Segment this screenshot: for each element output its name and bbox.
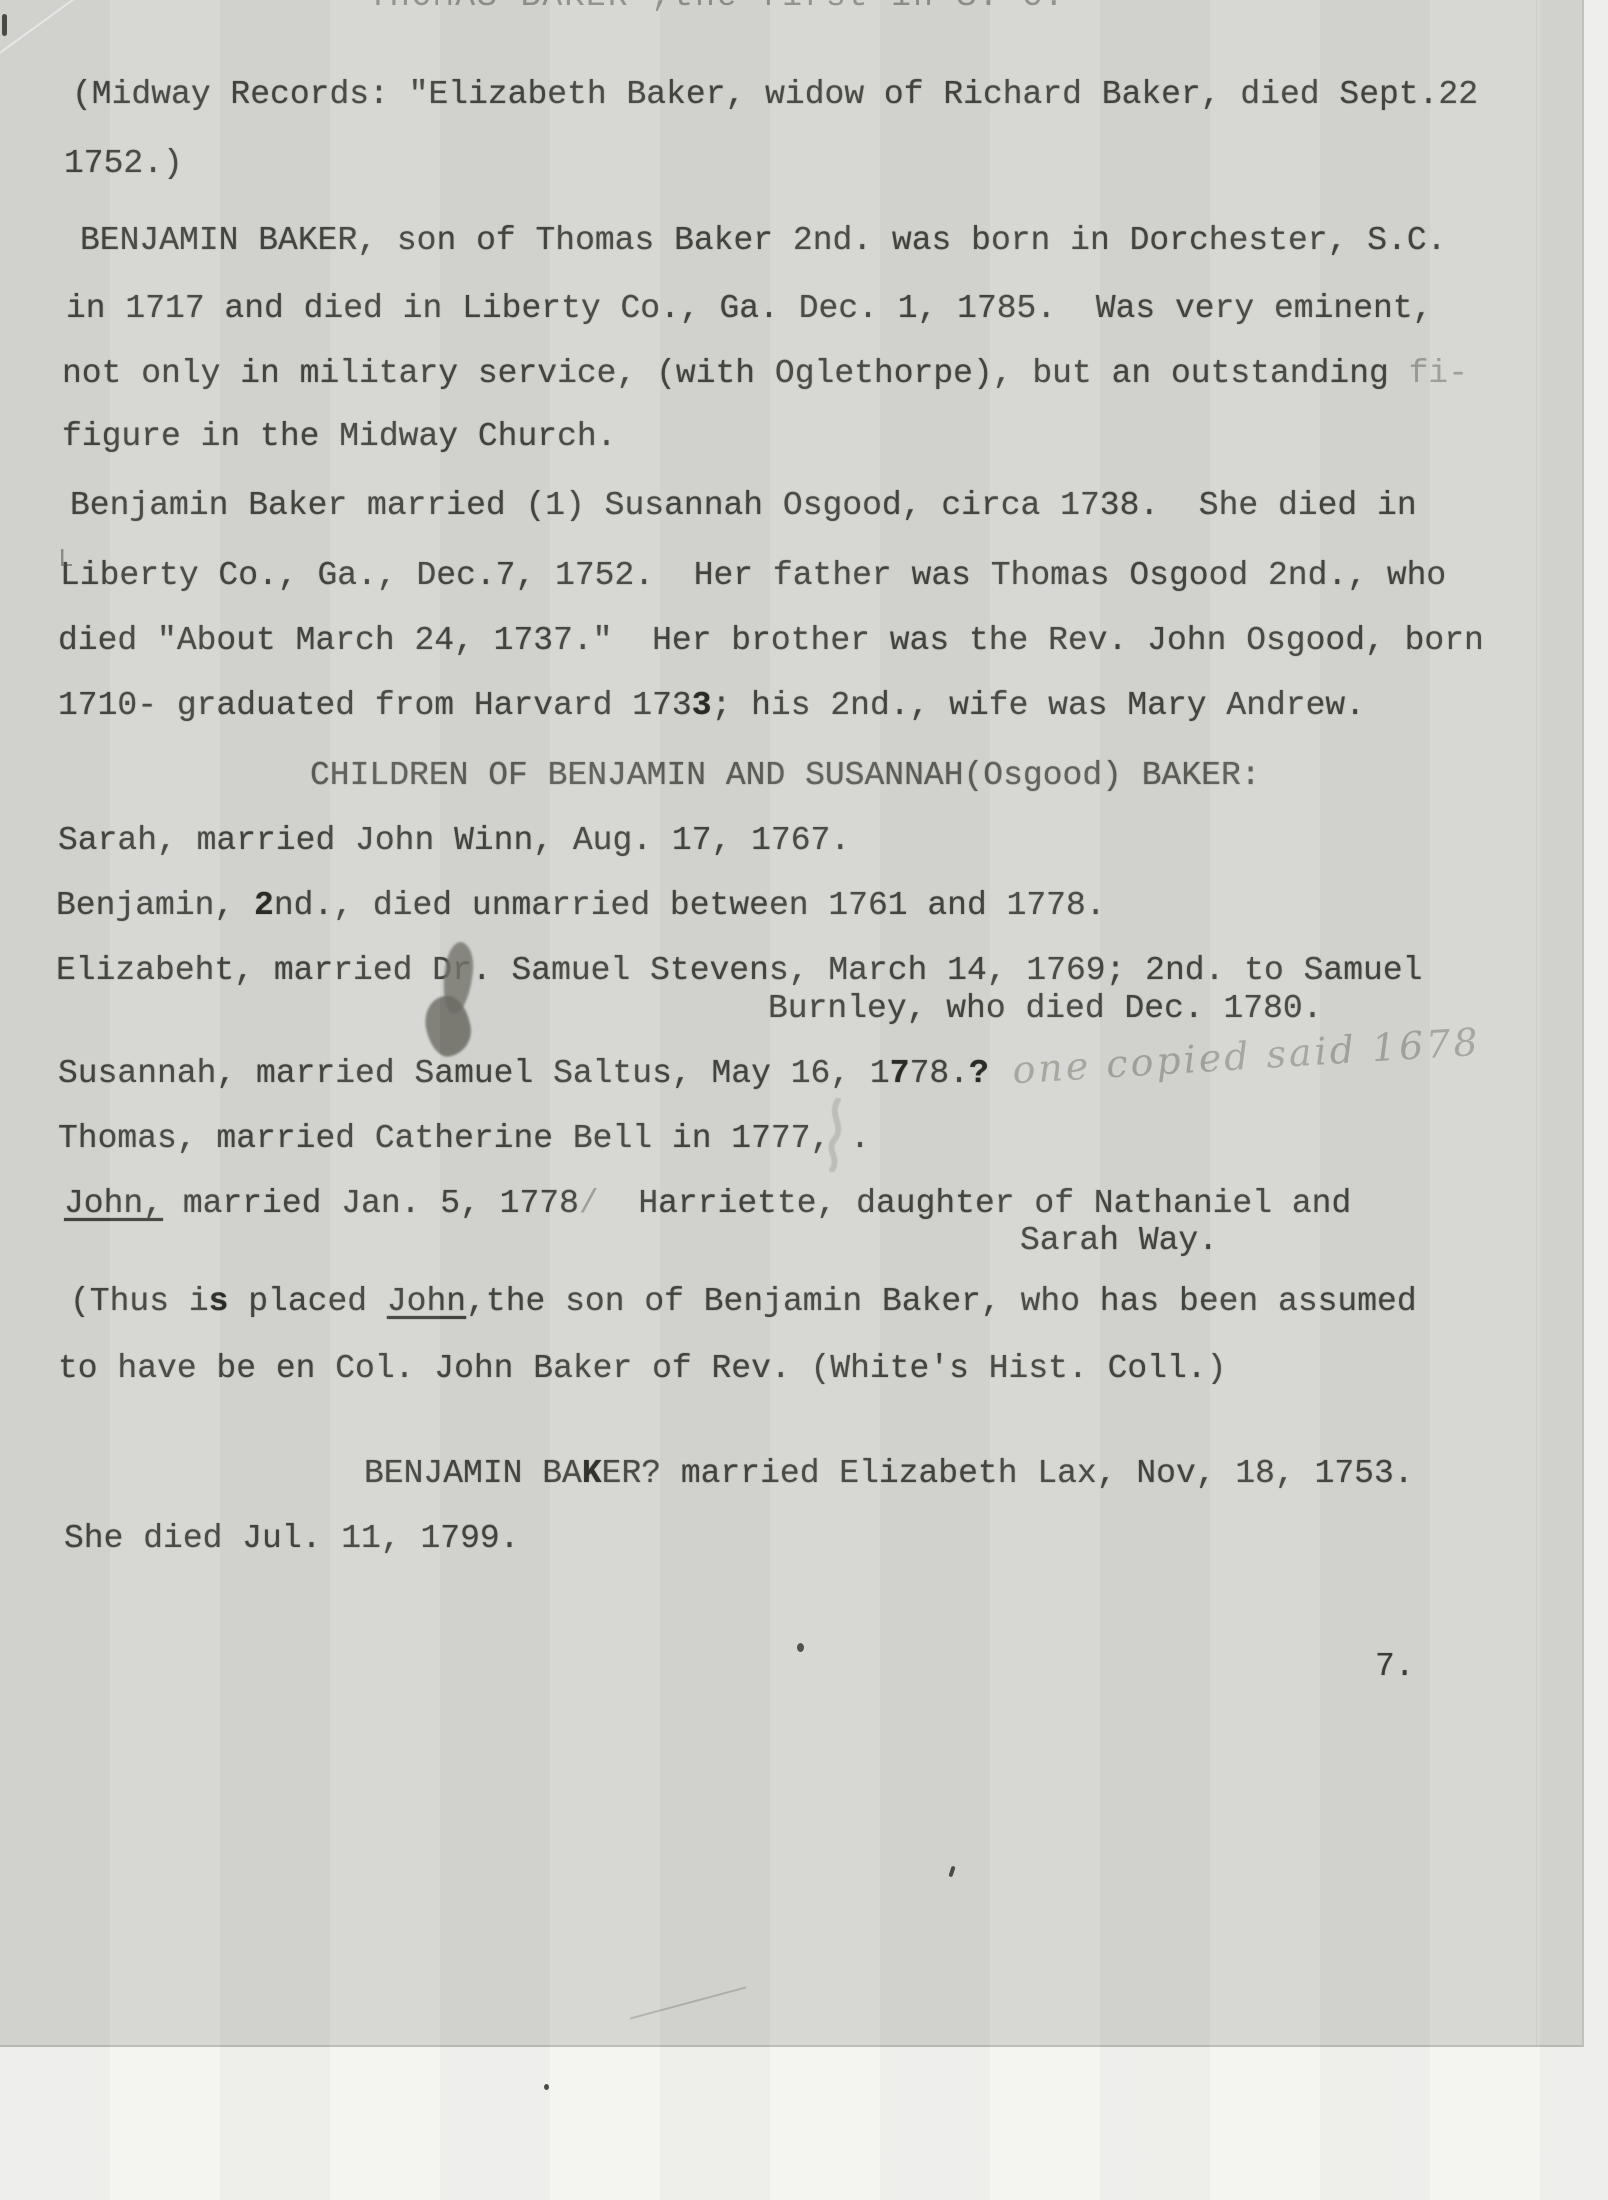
line-text: Sarah Way.: [1020, 1222, 1218, 1259]
line-text: Harriette, daughter of Nathaniel and: [599, 1185, 1352, 1222]
line-text: Benjamin Baker married (1) Susannah Osgo…: [70, 487, 1417, 524]
typed-line-elizabeht: Elizabeht, married Dr. Samuel Stevens, M…: [56, 952, 1422, 990]
paper-speck: [948, 1866, 955, 1878]
typed-line-midway-church: figure in the Midway Church.: [62, 418, 617, 456]
paper-edge-line: [1536, 0, 1537, 2045]
typed-line-born-died: in 1717 and died in Liberty Co., Ga. Dec…: [66, 290, 1432, 328]
overstruck-character: 3: [692, 687, 712, 724]
paper-sheet: THOMAS BAKER ,the first in S. C. (Midway…: [0, 0, 1584, 2047]
line-text-faint: fi-: [1409, 355, 1468, 392]
typed-line-married-susannah: Benjamin Baker married (1) Susannah Osgo…: [70, 487, 1417, 525]
paper-speck: [2, 14, 7, 36]
line-text: (Thus i: [70, 1283, 209, 1320]
line-text: BENJAMIN BAKER, son of Thomas Baker 2nd.…: [80, 222, 1446, 259]
line-text: BENJAMIN BA: [364, 1455, 582, 1492]
line-text: Benjamin,: [56, 887, 254, 924]
typed-line-liberty-co: Liberty Co., Ga., Dec.7, 1752. Her fathe…: [60, 557, 1446, 595]
line-text: Thomas, married Catherine Bell in 1777,: [58, 1120, 830, 1157]
ink-smudge: [822, 1098, 852, 1172]
paper-speck: [544, 2084, 549, 2090]
line-text: ; his 2nd., wife was Mary Andrew.: [712, 687, 1366, 724]
line-text: CHILDREN OF BENJAMIN AND SUSANNAH(Osgood…: [310, 757, 1261, 794]
paper-crease-bottom: [630, 1987, 746, 2020]
typed-line-midway-records: (Midway Records: "Elizabeth Baker, widow…: [72, 76, 1478, 114]
typed-line-benjamin-baker-intro: BENJAMIN BAKER, son of Thomas Baker 2nd.…: [80, 222, 1446, 260]
line-text: died "About March 24, 1737." Her brother…: [58, 622, 1484, 659]
overstruck-character: 2: [254, 887, 274, 924]
line-text: placed: [228, 1283, 386, 1320]
underlined-name: John: [387, 1283, 466, 1320]
overstruck-character: s: [209, 1283, 229, 1320]
paper-speck: [797, 1643, 804, 1652]
typed-line-died-about: died "About March 24, 1737." Her brother…: [58, 622, 1484, 660]
typed-line-sarah: Sarah, married John Winn, Aug. 17, 1767.: [58, 822, 850, 860]
paper-crease: [0, 0, 75, 56]
line-text: in 1717 and died in Liberty Co., Ga. Dec…: [66, 290, 1432, 327]
typed-line-burnley: Burnley, who died Dec. 1780.: [768, 990, 1323, 1028]
line-text: Liberty Co., Ga., Dec.7, 1752. Her fathe…: [60, 557, 1446, 594]
line-text: married Jan. 5, 1778: [163, 1185, 579, 1222]
typed-line-col-john-baker: to have be en Col. John Baker of Rev. (W…: [58, 1350, 1226, 1388]
line-text: figure in the Midway Church.: [62, 418, 617, 455]
line-text: 1752.): [64, 145, 183, 182]
scanned-document-page: { "document": { "kind": "scanned typewri…: [0, 0, 1608, 2200]
line-text: 78.: [910, 1055, 969, 1092]
typed-line-title-clipped: THOMAS BAKER ,the first in S. C.: [368, 0, 1066, 16]
typed-line-susannah: Susannah, married Samuel Saltus, May 16,…: [58, 1055, 989, 1093]
handwritten-annotation: one copied said 1678: [1011, 1020, 1482, 1093]
underlined-name: John,: [64, 1185, 163, 1222]
line-text: to have be en Col. John Baker of Rev. (W…: [58, 1350, 1226, 1387]
typed-line-thus-placed: (Thus is placed John,the son of Benjamin…: [70, 1283, 1417, 1321]
faint-slash: /: [579, 1185, 599, 1222]
line-text: (Midway Records: "Elizabeth Baker, widow…: [72, 76, 1478, 113]
line-text: ,the son of Benjamin Baker, who has been…: [466, 1283, 1417, 1320]
typed-line-she-died: She died Jul. 11, 1799.: [64, 1520, 519, 1558]
line-text: not only in military service, (with Ogle…: [62, 355, 1409, 392]
question-mark: ?: [969, 1055, 989, 1092]
line-text: Sarah, married John Winn, Aug. 17, 1767.: [58, 822, 850, 859]
line-text: nd., died unmarried between 1761 and 177…: [274, 887, 1106, 924]
typed-line-harvard: 1710- graduated from Harvard 1733; his 2…: [58, 687, 1365, 725]
typed-line-benjamin-lax: BENJAMIN BAKER? married Elizabeth Lax, N…: [364, 1455, 1414, 1493]
line-text: Burnley, who died Dec. 1780.: [768, 990, 1323, 1027]
typed-line-military-service: not only in military service, (with Ogle…: [62, 355, 1468, 393]
ink-blot: [424, 942, 480, 1058]
typed-heading-children: CHILDREN OF BENJAMIN AND SUSANNAH(Osgood…: [310, 757, 1261, 795]
typed-line-thomas: Thomas, married Catherine Bell in 1777, …: [58, 1120, 870, 1158]
page-number: 7.: [1375, 1648, 1415, 1685]
line-text: ER? married Elizabeth Lax, Nov, 18, 1753…: [602, 1455, 1414, 1492]
typed-line-sarah-way: Sarah Way.: [1020, 1222, 1218, 1260]
line-text: 1710- graduated from Harvard 173: [58, 687, 692, 724]
typed-line-1752: 1752.): [64, 145, 183, 183]
overstruck-character: K: [582, 1455, 602, 1492]
typed-line-john: John, married Jan. 5, 1778/ Harriette, d…: [64, 1185, 1351, 1223]
overstruck-character: 7: [890, 1055, 910, 1092]
typed-line-benjamin-2nd: Benjamin, 2nd., died unmarried between 1…: [56, 887, 1106, 925]
line-text: Elizabeht, married Dr. Samuel Stevens, M…: [56, 952, 1422, 989]
line-text: THOMAS BAKER ,the first in S. C.: [368, 0, 1066, 15]
line-text: She died Jul. 11, 1799.: [64, 1520, 519, 1557]
line-text: Susannah, married Samuel Saltus, May 16,…: [58, 1055, 890, 1092]
